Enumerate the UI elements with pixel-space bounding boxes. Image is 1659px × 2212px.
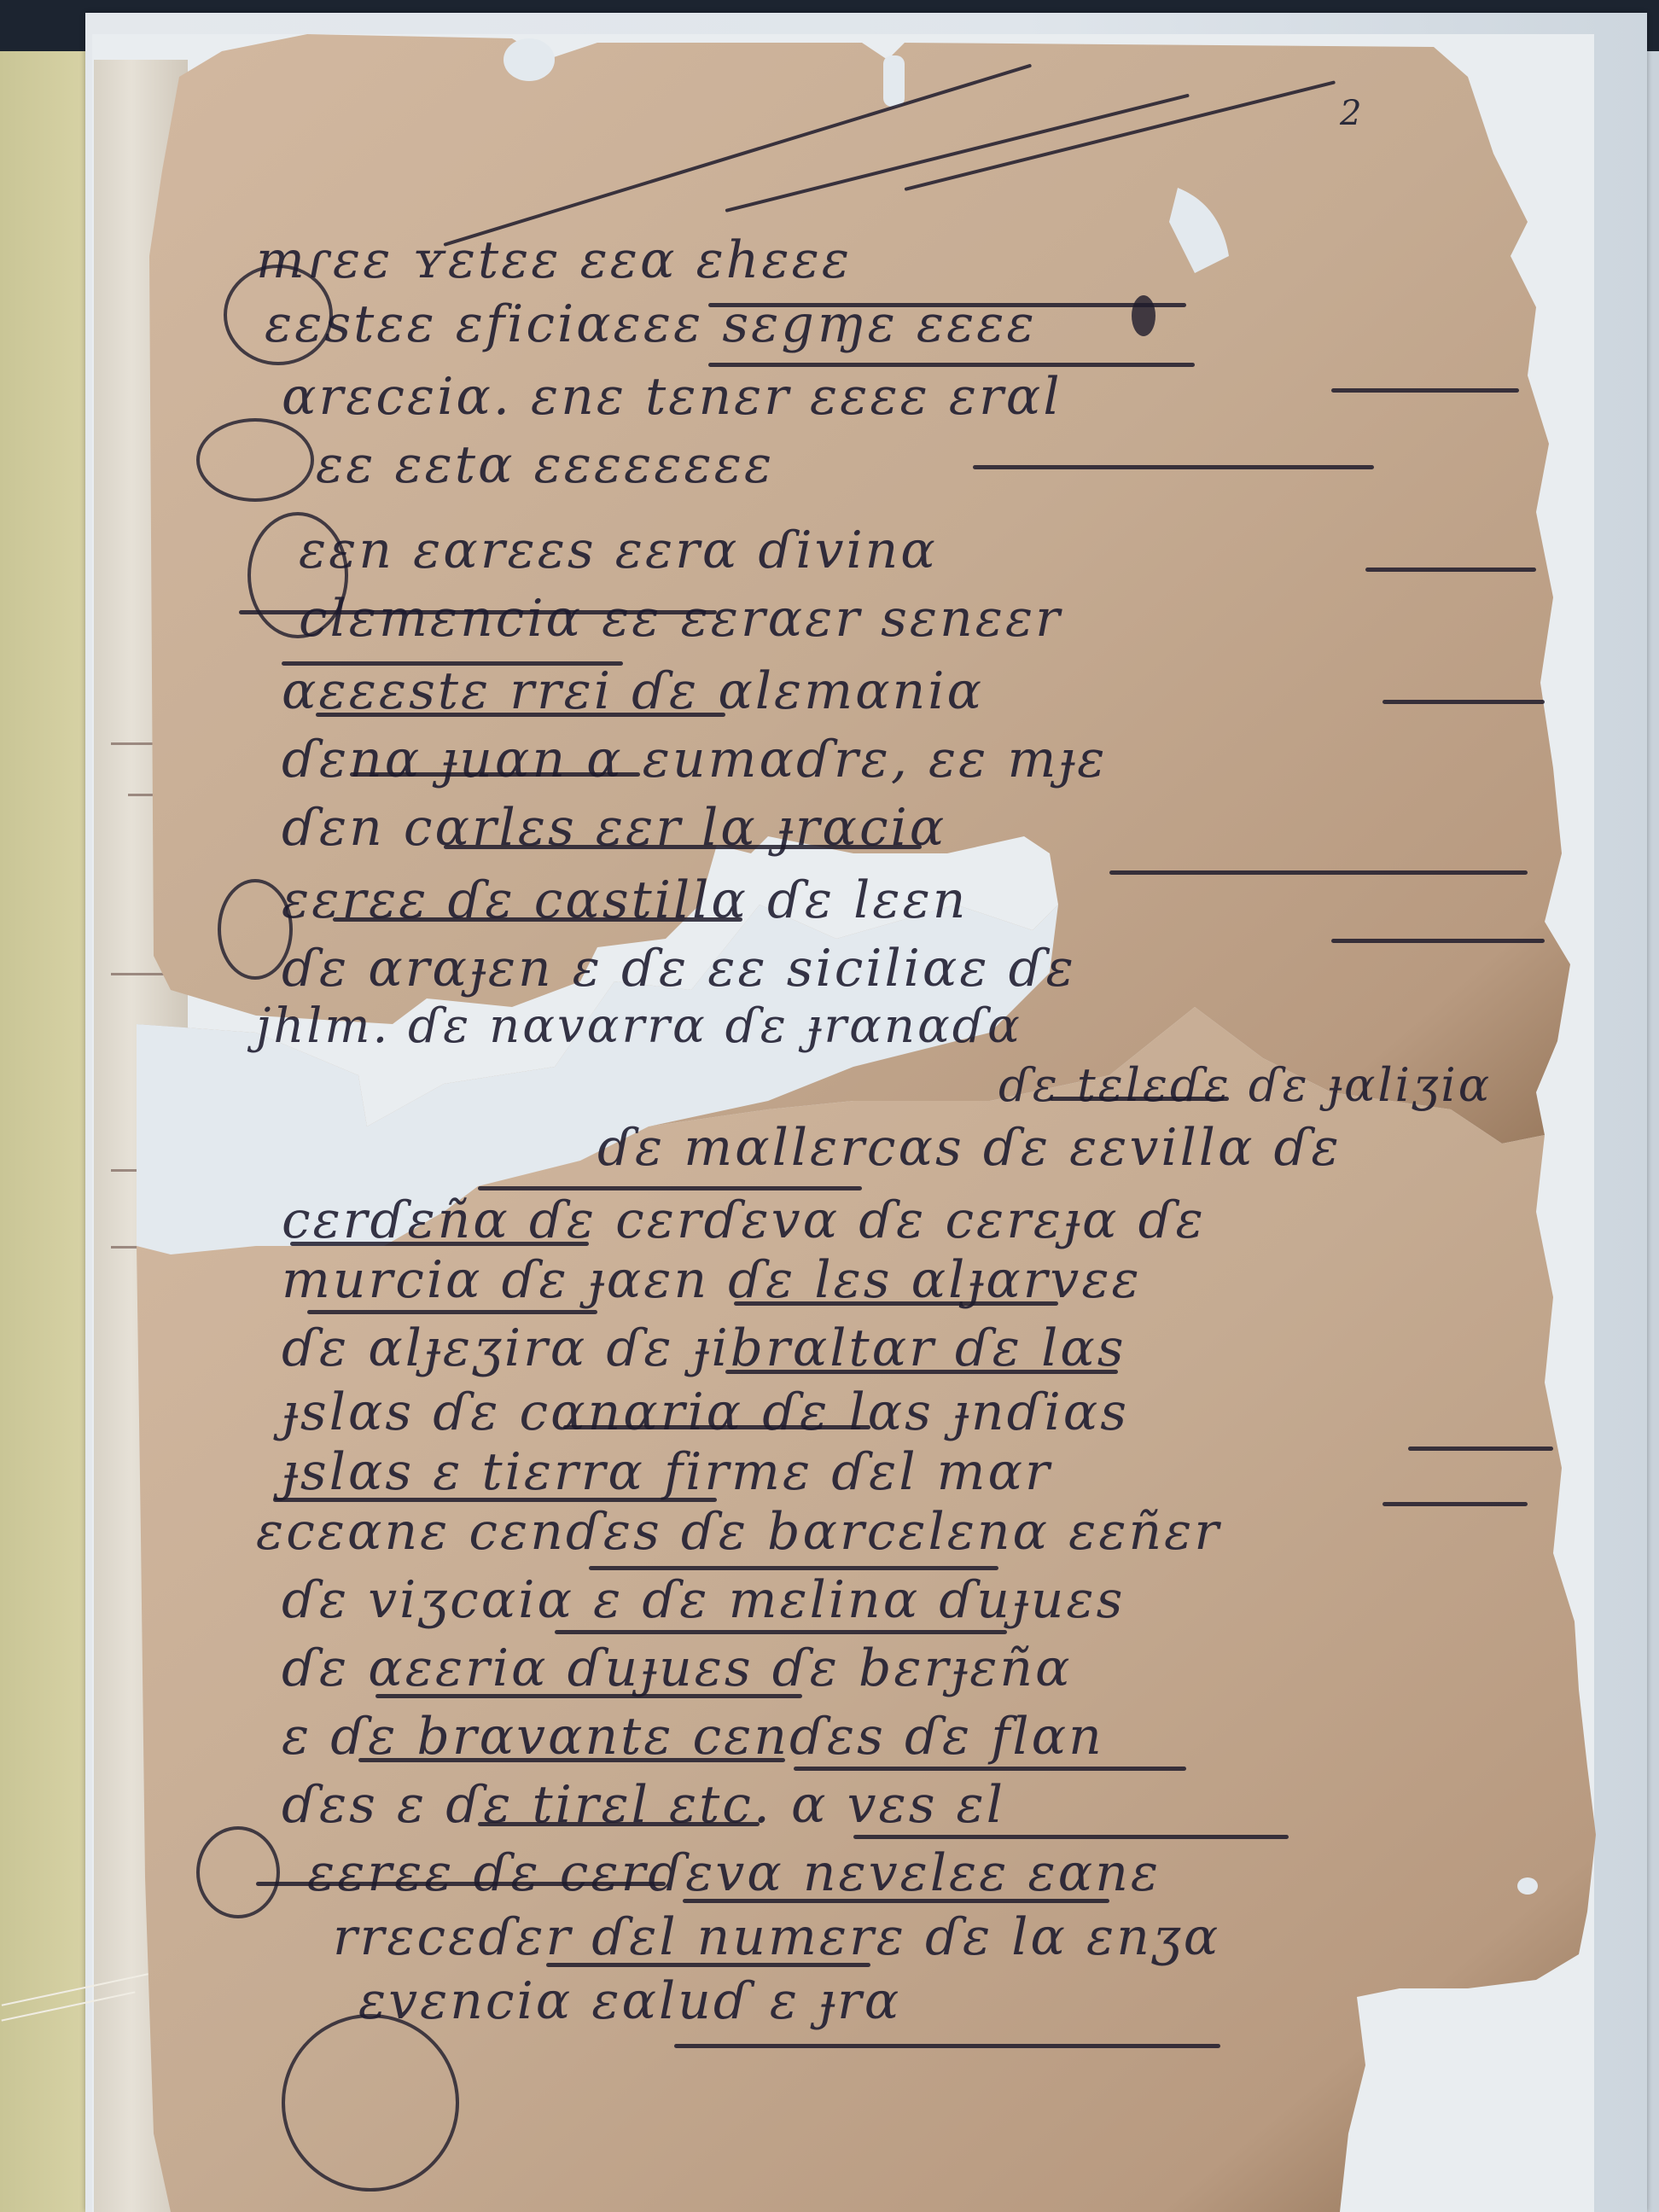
underline: [350, 772, 640, 777]
underline: [973, 465, 1374, 469]
manuscript-line: ɟslɑs ɛ tiɛrrɑ firmɛ ɗɛl mɑr: [282, 1442, 1052, 1502]
manuscript-line: clɛmɛnciɑ ɛɛ ɛɛrɑɛr sɛnɛɛr: [299, 589, 1062, 649]
manuscript-line: mɾɛɛ ʏɛtɛɛ ɛɛɑ ɛhɛɛɛ: [256, 230, 852, 290]
manuscript-line: ɗɛnɑ ɟuɑn ɑ ɛumɑɗrɛ, ɛɛ mɟɛ: [282, 730, 1107, 789]
underline: [1365, 568, 1536, 572]
underline: [1109, 870, 1528, 875]
folio-number: 2: [1340, 94, 1361, 133]
underline: [307, 1310, 597, 1314]
underline: [1050, 1097, 1229, 1101]
underline: [333, 917, 742, 922]
manuscript-line: ɑrɛcɛiɑ. ɛnɛ tɛnɛr ɛɛɛɛ ɛrɑl: [282, 367, 1062, 427]
underline: [290, 1242, 589, 1246]
underline: [1331, 939, 1545, 943]
underline: [1382, 700, 1545, 704]
underline: [725, 1370, 1118, 1374]
manuscript-line: ɗɛ tɛlɛɗɛ ɗɛ ɟɑliʒiɑ: [998, 1058, 1492, 1112]
manuscript-line: ɛɛ ɛɛtɑ ɛɛɛɛɛɛɛɛ: [316, 435, 774, 495]
underline: [444, 845, 922, 849]
manuscript-line: ɛɛstɛɛ ɛficiɑɛɛɛ sɛgɱɛ ɛɛɛɛ: [265, 294, 1037, 354]
underline: [683, 1899, 1109, 1903]
underline: [546, 1963, 870, 1967]
underline: [1408, 1447, 1553, 1451]
initial-flourish: [196, 1826, 280, 1918]
manuscript-line: ɗɛ ɑɛɛriɑ ɗuɟuɛs ɗɛ bɛrɟɛñɑ: [282, 1639, 1073, 1698]
manuscript-line: jhlm. ɗɛ nɑvɑrrɑ ɗɛ ɟrɑnɑɗɑ: [256, 998, 1022, 1054]
closing-flourish: [282, 2014, 459, 2192]
manuscript-line: ɟslɑs ɗɛ cɑnɑriɑ ɗɛ lɑs ɟnɗiɑs: [282, 1382, 1129, 1442]
underline: [674, 2044, 1220, 2048]
manuscript-line: ɛɛrɛɛ ɗɛ cɛrɗɛvɑ nɛvɛlɛɛ ɛɑnɛ: [307, 1843, 1161, 1903]
manuscript-line: ɗɛ viʒcɑiɑ ɛ ɗɛ mɛlinɑ ɗuɟuɛs: [282, 1570, 1125, 1630]
underline: [256, 1882, 666, 1886]
underline: [1331, 388, 1519, 393]
manuscript-line: ɗɛ mɑllɛrcɑs ɗɛ ɛɛvillɑ ɗɛ: [597, 1118, 1342, 1178]
underline: [358, 1758, 785, 1762]
underline: [794, 1767, 1186, 1771]
manuscript-line: ɛcɛɑnɛ cɛnɗɛs ɗɛ bɑrcɛlɛnɑ ɛɛñɛr: [256, 1502, 1221, 1562]
initial-flourish: [196, 418, 314, 502]
manuscript-line: ɗɛ ɑrɑɟɛn ɛ ɗɛ ɛɛ siciliɑɛ ɗɛ: [282, 939, 1076, 998]
underline: [734, 1301, 1058, 1306]
manuscript-line: rrɛcɛɗɛr ɗɛl numɛrɛ ɗɛ lɑ ɛnʒɑ: [333, 1907, 1220, 1967]
underline: [1382, 1502, 1528, 1506]
underline: [478, 1822, 760, 1826]
underline: [375, 1694, 802, 1698]
underline: [853, 1835, 1289, 1839]
manuscript-line: ɛvɛnciɑ ɛɑluɗ ɛ ɟrɑ: [358, 1971, 901, 2031]
manuscript-line: ɛɛn ɛɑrɛɛs ɛɛrɑ ɗivinɑ: [299, 521, 938, 580]
underline: [555, 1630, 1007, 1634]
underline: [316, 713, 725, 717]
underline: [563, 1425, 870, 1429]
